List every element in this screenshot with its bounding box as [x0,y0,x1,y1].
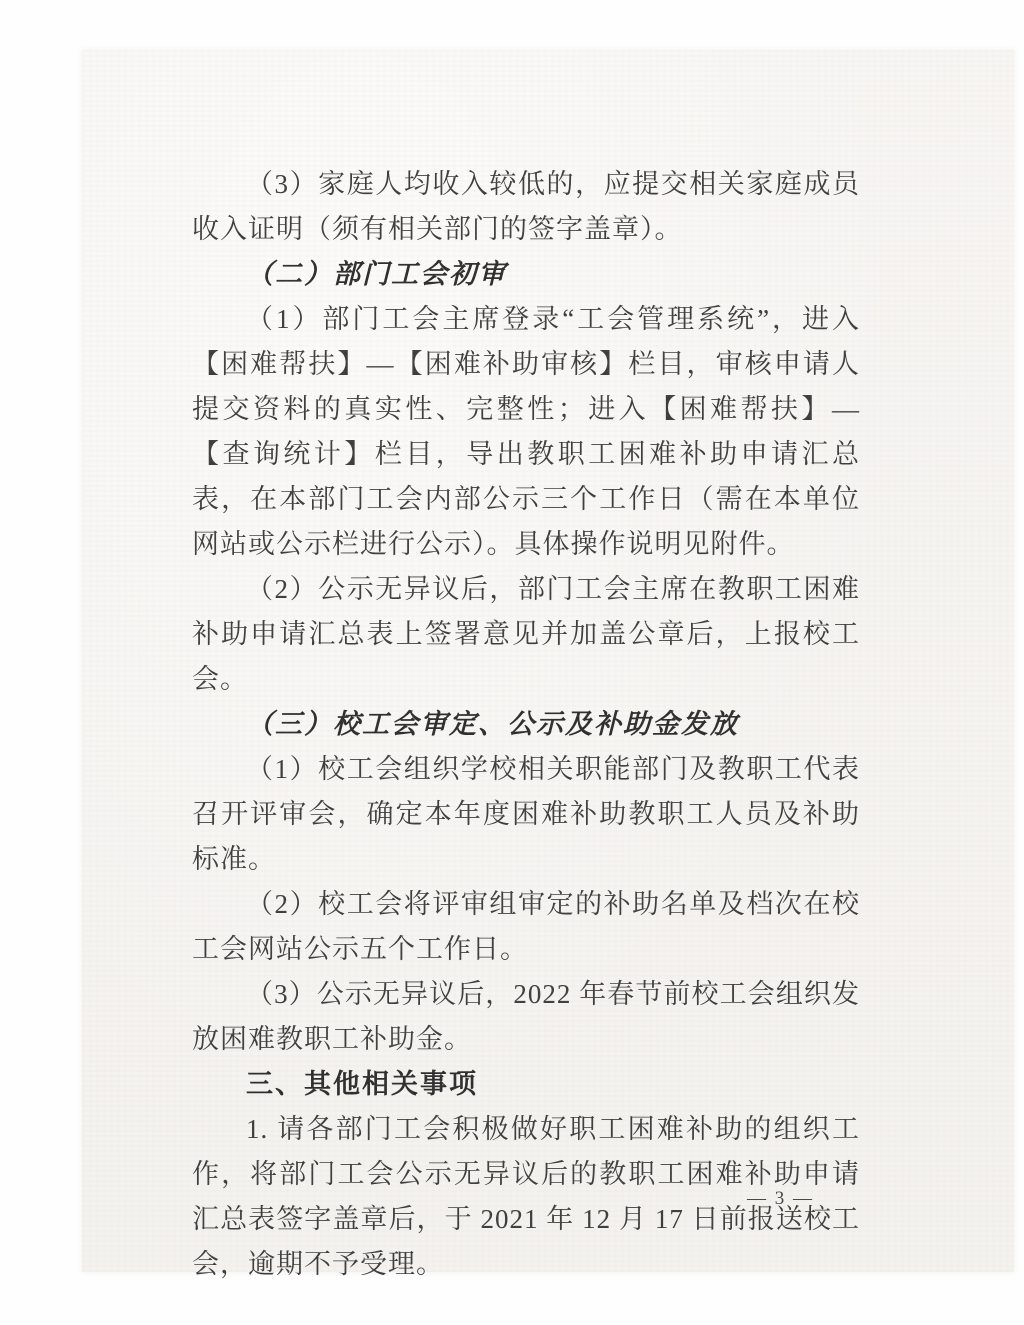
heading-dept-union-initial-review: （二）部门工会初审 [192,252,860,297]
document-page: （3）家庭人均收入较低的，应提交相关家庭成员收入证明（须有相关部门的签字盖章）。… [82,50,1014,1272]
paragraph-public-notice-report: （2）公示无异议后，部门工会主席在教职工困难补助申请汇总表上签署意见并加盖公章后… [192,567,860,702]
paragraph-system-review-procedure: （1）部门工会主席登录“工会管理系统”，进入【困难帮扶】—【困难补助审核】栏目，… [192,297,860,567]
paragraph-website-notice: （2）校工会将评审组审定的补助名单及档次在校工会网站公示五个工作日。 [192,882,860,972]
heading-school-union-approval: （三）校工会审定、公示及补助金发放 [192,702,860,747]
paragraph-income-proof: （3）家庭人均收入较低的，应提交相关家庭成员收入证明（须有相关部门的签字盖章）。 [192,162,860,252]
scanned-document: （3）家庭人均收入较低的，应提交相关家庭成员收入证明（须有相关部门的签字盖章）。… [0,0,1024,1325]
paragraph-review-meeting: （1）校工会组织学校相关职能部门及教职工代表召开评审会，确定本年度困难补助教职工… [192,747,860,882]
page-number: — 3 — [747,1188,814,1210]
heading-other-matters: 三、其他相关事项 [192,1062,860,1107]
document-body: （3）家庭人均收入较低的，应提交相关家庭成员收入证明（须有相关部门的签字盖章）。… [192,162,860,1287]
paragraph-subsidy-distribution: （3）公示无异议后，2022 年春节前校工会组织发放困难教职工补助金。 [192,972,860,1062]
